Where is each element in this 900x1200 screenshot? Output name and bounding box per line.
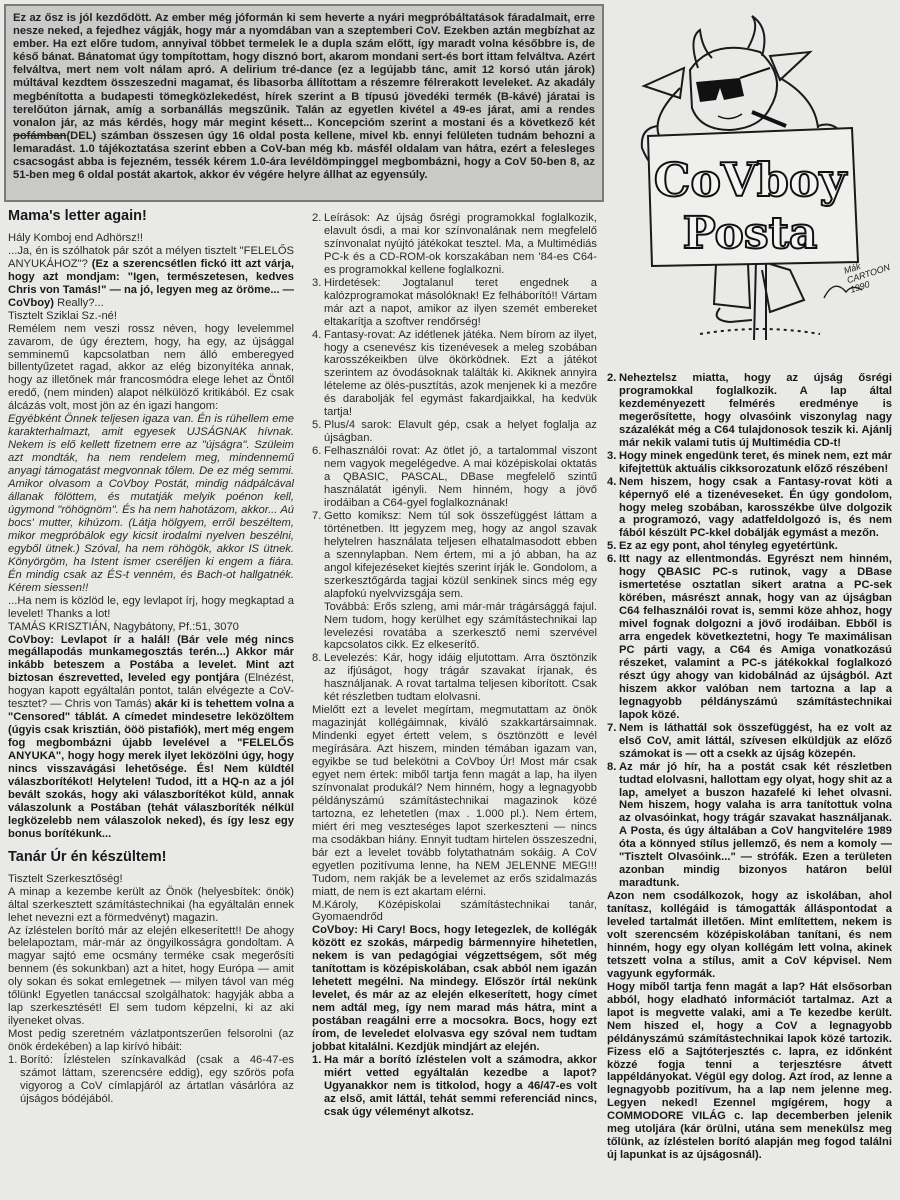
intro-text: Ez az ősz is jól kezdődött. Az ember még… xyxy=(13,12,595,182)
list-item: 8.Levelezés: Kár, hogy idáig eljutottam.… xyxy=(312,652,597,704)
reply-paragraph: Azon nem csodálkozok, hogy az iskolában,… xyxy=(607,890,892,981)
reply-list-item: 5.Ez az egy pont, ahol tényleg egyetértü… xyxy=(607,540,892,553)
reply-list-item: 7.Nem is láthattál sok összefüggést, ha … xyxy=(607,722,892,761)
covboy-posta-illustration: CoVboy Posta Mák CARTOON 1990 xyxy=(620,8,895,348)
letter-paragraph: ...Ha nem is közlöd le, egy levlapot írj… xyxy=(8,595,294,621)
intro-strike-word: pofámban xyxy=(13,130,66,142)
list-item: 1.Borító: Ízléstelen színkavalkád (csak … xyxy=(8,1054,294,1106)
list-item-continuation: Továbbá: Erős szleng, ami már-már trágár… xyxy=(312,601,597,653)
reply-list-item: 1.Ha már a borító ízléstelen volt a szám… xyxy=(312,1054,597,1119)
list-item: 3.Hirdetések: Jogtalanul teret engednek … xyxy=(312,277,597,329)
reply-list-item: 4.Nem hiszem, hogy csak a Fantasy-rovat … xyxy=(607,476,892,541)
list-item: 4.Fantasy-rovat: Az idétlenek játéka. Ne… xyxy=(312,329,597,420)
letter-paragraph: ...Ja, én is szólhatok pár szót a mélyen… xyxy=(8,245,294,310)
letter-paragraph-italic: Egyébként Önnek teljesen igaza van. Én i… xyxy=(8,413,294,594)
letter-paragraph: Remélem nem veszi rossz néven, hogy leve… xyxy=(8,323,294,414)
reply-paragraph: Hogy miből tartja fenn magát a lap? Hát … xyxy=(607,981,892,1162)
middle-column: 2.Leírások: Az újság ősrégi programokkal… xyxy=(312,212,597,1119)
letter-salutation: Tisztelt Sziklai Sz.-né! xyxy=(8,310,294,323)
list-item: 7.Getto komiksz: Nem túl sok összefüggés… xyxy=(312,510,597,601)
heading-tanar-ur: Tanár Úr én készültem! xyxy=(8,851,294,864)
reply-list-item: 3.Hogy minek engedünk teret, és minek ne… xyxy=(607,450,892,476)
sign-title: CoVboy xyxy=(654,153,848,207)
letter-paragraph: A minap a kezembe került az Önök (helyes… xyxy=(8,886,294,925)
letter-greeting: Hály Komboj end Adhörsz!! xyxy=(8,232,294,245)
right-column: 2.Neheztelsz miatta, hogy az újság ősrég… xyxy=(607,372,892,1162)
reply-list-item: 2.Neheztelsz miatta, hogy az újság ősrég… xyxy=(607,372,892,450)
list-item: 2.Leírások: Az újság ősrégi programokkal… xyxy=(312,212,597,277)
reply-list-item: 6.Itt nagy az ellentmondás. Egyrészt nem… xyxy=(607,553,892,721)
heading-mamas-letter: Mama's letter again! xyxy=(8,210,294,223)
letter-signature: TAMÁS KRISZTIÁN, Nagybátony, Pf.:51, 307… xyxy=(8,621,294,634)
list-item: 6.Felhasználói rovat: Az ötlet jó, a tar… xyxy=(312,445,597,510)
letter-greeting: Tisztelt Szerkesztőség! xyxy=(8,873,294,886)
left-column: Mama's letter again! Hály Komboj end Adh… xyxy=(8,208,294,1106)
covboy-reply: CoVboy: Hi Cary! Bocs, hogy letegezlek, … xyxy=(312,924,597,1054)
letter-paragraph: Most pedig szeretném vázlatpontszerűen f… xyxy=(8,1028,294,1054)
cow-holding-sign-icon: CoVboy Posta xyxy=(620,8,895,348)
sign-subtitle: Posta xyxy=(683,208,818,259)
covboy-reply: CoVboy: Levlapot ír a halál! (Bár vele m… xyxy=(8,634,294,841)
letter-signature: M.Károly, Középiskolai számítástechnikai… xyxy=(312,899,597,925)
letter-paragraph: Mielőtt ezt a levelet megírtam, megmutat… xyxy=(312,704,597,898)
intro-box: Ez az ősz is jól kezdődött. Az ember még… xyxy=(4,4,604,202)
reply-list-item: 8.Az már jó hír, ha a postát csak két ré… xyxy=(607,761,892,891)
list-item: 5.Plus/4 sarok: Elavult gép, csak a hely… xyxy=(312,419,597,445)
letter-paragraph: Az ízléstelen borító már az elején elkes… xyxy=(8,925,294,1029)
